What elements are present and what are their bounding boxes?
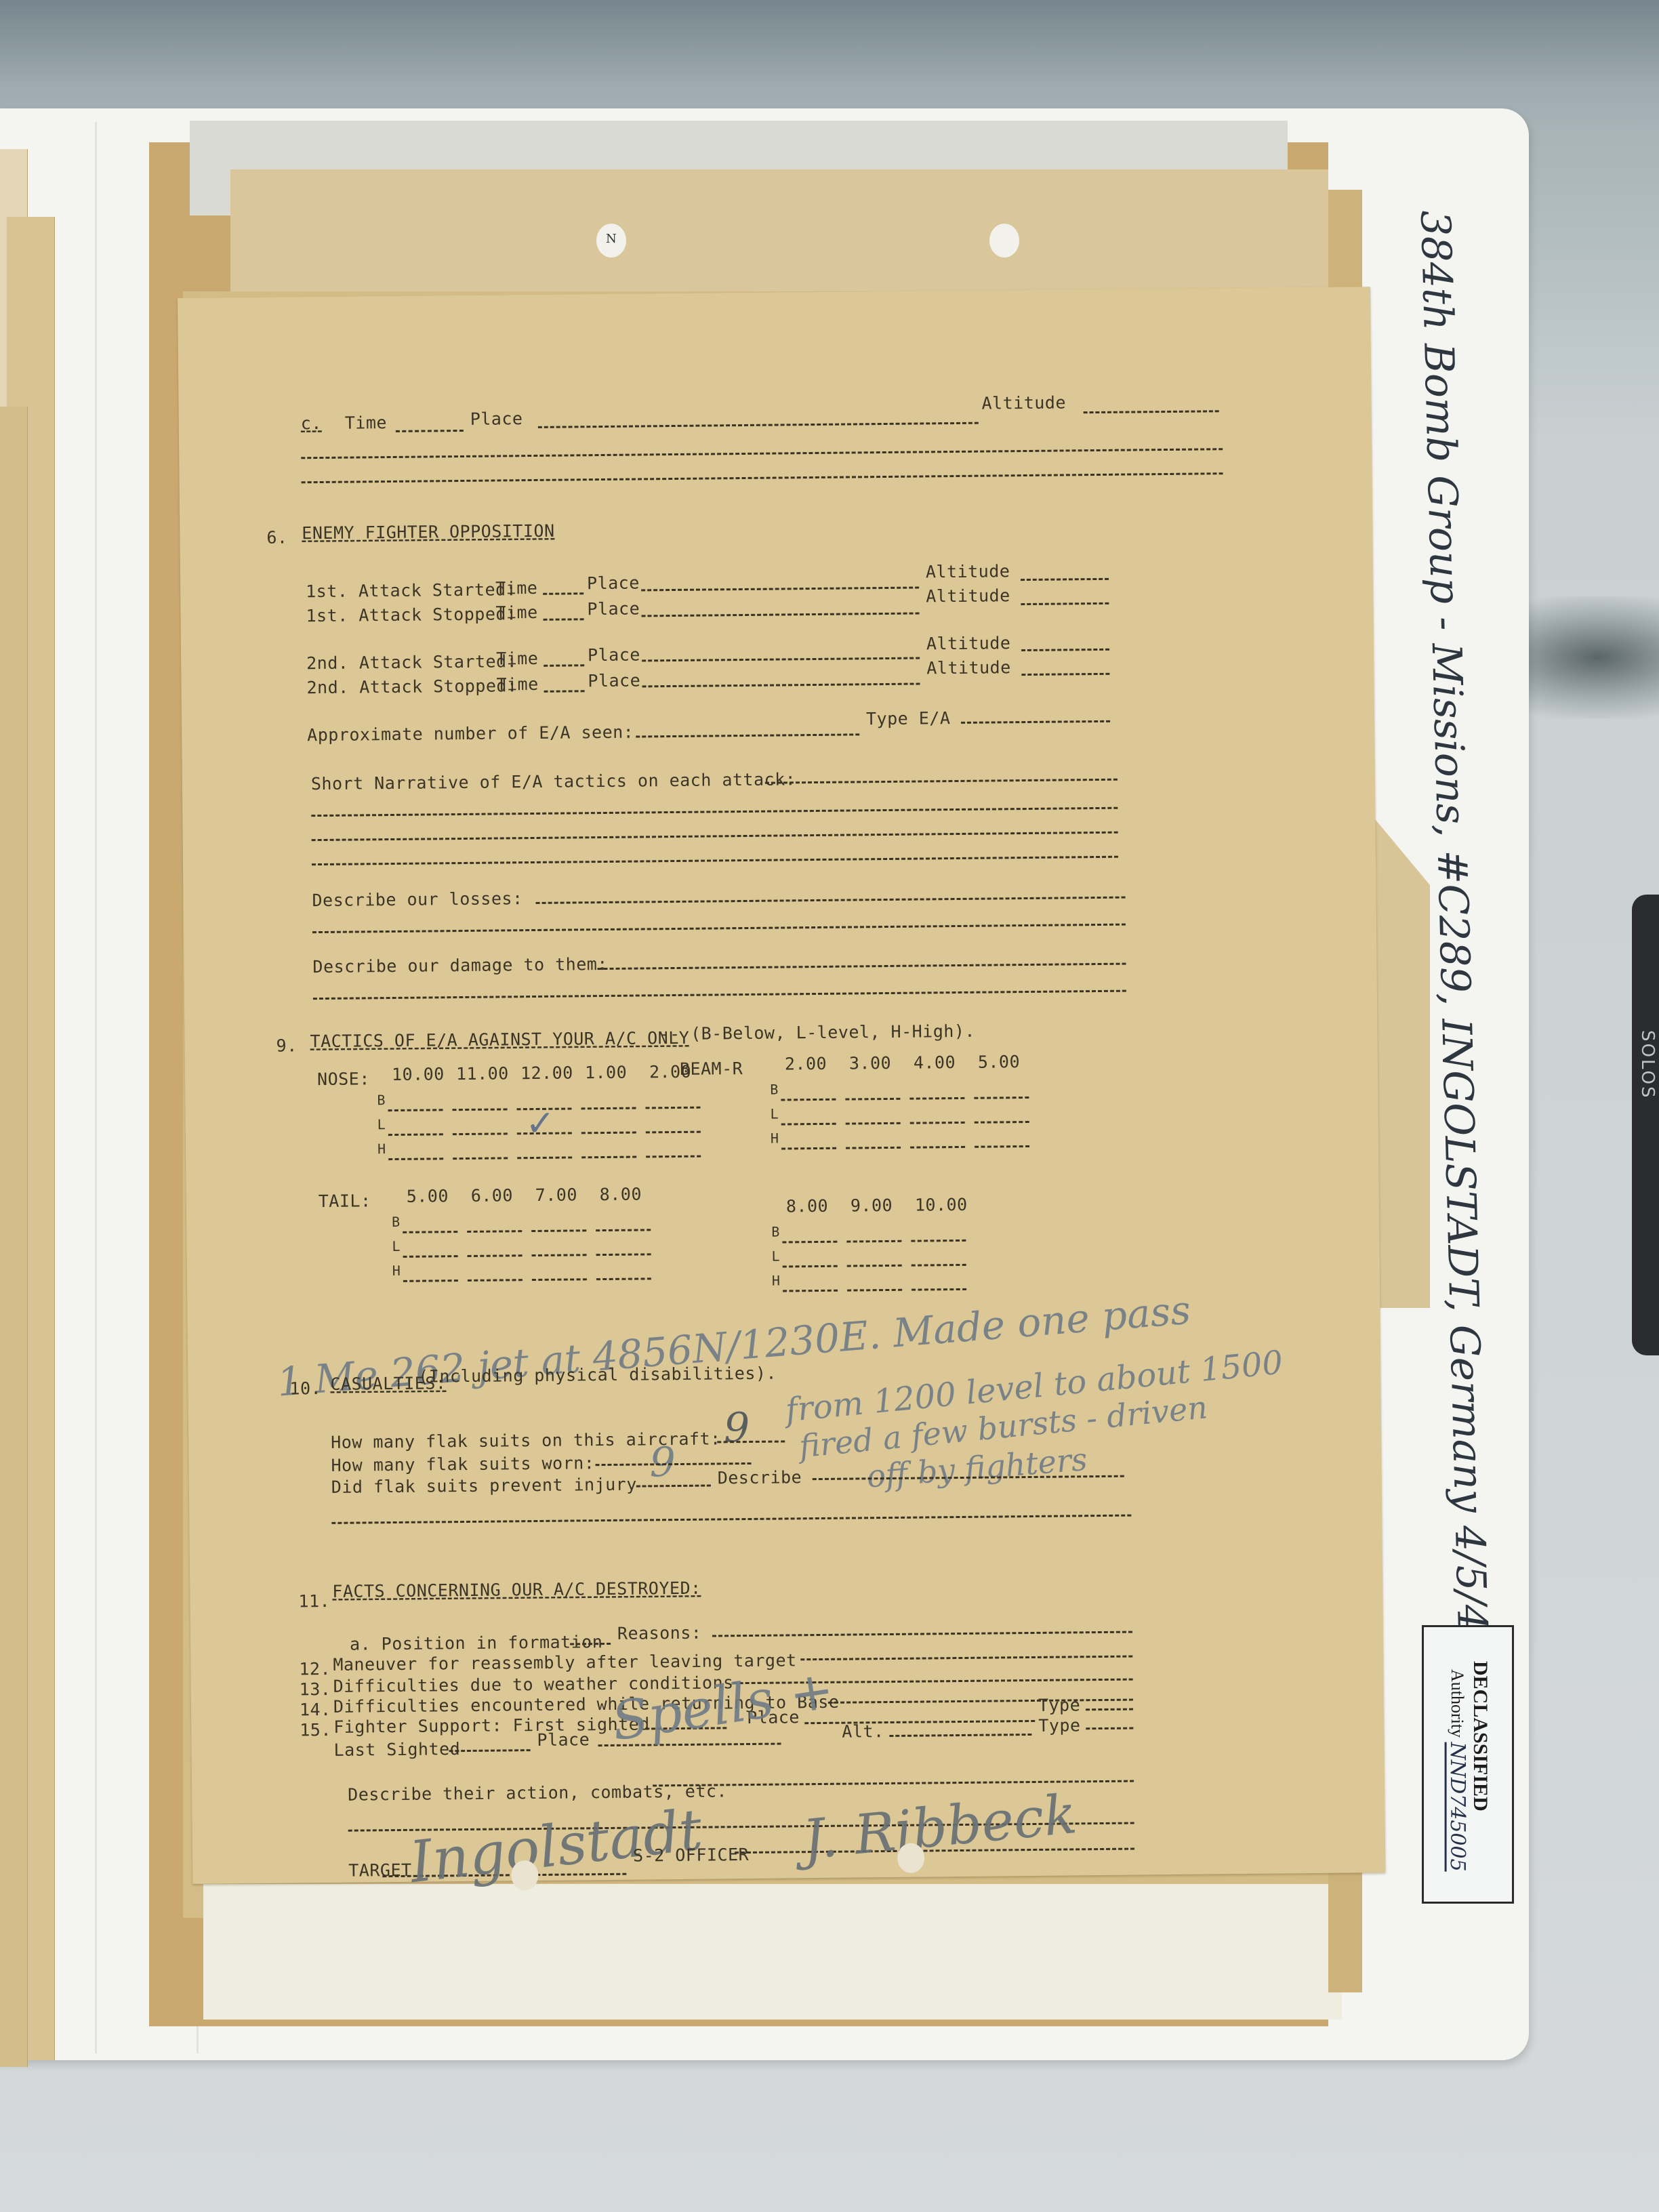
tactics-cell — [912, 1288, 966, 1291]
tactics-cell — [781, 1099, 836, 1101]
folder-crease — [95, 122, 97, 2053]
tactics-cell — [910, 1146, 965, 1149]
section-11-title: FACTS CONCERNING OUR A/C DESTROYED: — [332, 1578, 701, 1601]
tactics-cell — [468, 1254, 523, 1257]
tactics-cell — [846, 1240, 901, 1243]
tactics-cell — [581, 1156, 636, 1159]
clock-position: 3.00 — [849, 1053, 891, 1073]
tactics-cell — [517, 1156, 572, 1159]
clock-position: 5.00 — [978, 1052, 1020, 1072]
tactics-cell — [781, 1123, 836, 1126]
tactics-cell — [783, 1290, 838, 1292]
punch-hole: N — [596, 224, 626, 258]
tactics-cell — [388, 1133, 443, 1136]
section-5c-label: c. — [301, 413, 322, 433]
clock-position: 2.00 — [785, 1054, 827, 1074]
background-top — [0, 0, 1659, 81]
clock-position: 10.00 — [915, 1195, 968, 1215]
tactics-cell — [596, 1277, 651, 1280]
tactics-cell — [847, 1289, 902, 1292]
tactics-cell — [847, 1265, 902, 1267]
punch-hole — [511, 1860, 538, 1890]
tactics-cell — [581, 1132, 636, 1134]
tactics-cell — [596, 1229, 651, 1231]
clock-position: 6.00 — [471, 1185, 513, 1206]
tactics-cell — [646, 1155, 701, 1158]
tactics-cell — [531, 1229, 586, 1232]
flak-suits-on-aircraft-value: 9 — [724, 1404, 750, 1452]
tactics-cell — [783, 1265, 838, 1268]
tactics-cell — [468, 1279, 523, 1282]
section-9-title: TACTICS OF E/A AGAINST YOUR A/C ONLY — [310, 1028, 689, 1051]
tactics-cell — [453, 1132, 508, 1135]
adjacent-document-stack — [0, 149, 81, 2047]
clock-position: 4.00 — [914, 1052, 956, 1073]
tactics-cell — [581, 1107, 636, 1110]
punch-hole — [989, 224, 1019, 258]
clock-position: 9.00 — [851, 1195, 893, 1216]
tactics-cell — [910, 1122, 965, 1124]
tactics-cell — [975, 1121, 1029, 1124]
tactics-cell — [646, 1131, 701, 1134]
tactics-cell — [453, 1157, 508, 1160]
tactics-cell — [782, 1241, 837, 1244]
tactics-cell — [388, 1158, 443, 1160]
tactics-cell — [781, 1147, 836, 1150]
check-mark-icon: ✓ — [527, 1099, 552, 1146]
clock-position: 10.00 — [392, 1064, 445, 1084]
punch-hole — [897, 1843, 924, 1873]
device-text: SOLOS — [1637, 1030, 1658, 1100]
clock-position: 5.00 — [407, 1186, 449, 1206]
tactics-cell — [974, 1097, 1029, 1099]
tactics-cell — [453, 1108, 508, 1111]
tactics-cell — [403, 1279, 458, 1282]
tactics-cell — [532, 1278, 587, 1281]
device-edge: SOLOS — [1632, 895, 1659, 1355]
tactics-cell — [846, 1122, 901, 1125]
interrogation-form: c. Time Place Altitude 6. ENEMY FIGHTER … — [178, 287, 1385, 1884]
tactics-cell — [403, 1255, 458, 1258]
tactics-cell — [975, 1145, 1029, 1148]
tactics-cell — [403, 1231, 457, 1233]
tactics-cell — [532, 1254, 587, 1256]
tactics-cell — [909, 1097, 964, 1100]
tactics-cell — [467, 1230, 522, 1233]
clock-position: 11.00 — [456, 1063, 509, 1084]
s2-officer-signature: J. Ribbeck — [800, 1782, 1080, 1872]
tactics-cell — [645, 1107, 700, 1109]
section-6-title: ENEMY FIGHTER OPPOSITION — [302, 521, 554, 544]
tactics-cell — [912, 1264, 966, 1267]
tactics-cell — [845, 1098, 900, 1101]
tactics-cell — [388, 1109, 443, 1111]
tactics-cell — [596, 1253, 651, 1256]
tactics-cell — [911, 1240, 966, 1242]
tactics-cell — [846, 1147, 901, 1149]
declassified-stamp: DECLASSIFIED Authority NND745005 — [1422, 1625, 1514, 1904]
clock-position: 8.00 — [600, 1184, 642, 1204]
clock-position: 8.00 — [786, 1196, 828, 1216]
clock-position: 12.00 — [520, 1063, 573, 1083]
clock-position: 7.00 — [535, 1185, 577, 1205]
onionskin-sheet — [203, 1884, 1342, 2020]
clock-position: 1.00 — [585, 1063, 627, 1083]
